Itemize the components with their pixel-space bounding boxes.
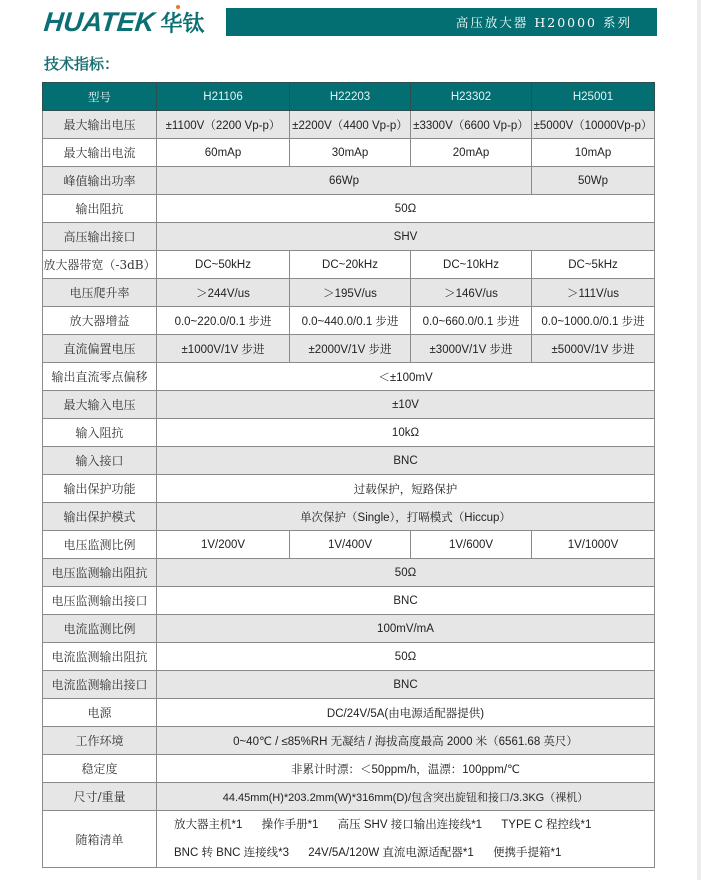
table-row: 输出保护模式 单次保护（Single），打嗝模式（Hiccup） [43,503,655,531]
row-label: 尺寸/重量 [43,783,157,811]
table-row: 放大器带宽（-3dB） DC~50kHz DC~20kHz DC~10kHz D… [43,251,655,279]
header-model: H23302 [411,83,532,111]
cell: DC~10kHz [411,251,532,279]
packing-item: BNC 转 BNC 连接线*3 [174,847,289,859]
packing-line-1: 放大器主机*1 操作手册*1 高压 SHV 接口输出连接线*1 TYPE C 程… [157,811,654,839]
cell: 0.0~220.0/0.1 步进 [157,307,290,335]
cell: ±2200V（4400 Vp-p） [290,111,411,139]
cell: BNC [157,671,655,699]
row-label: 电流监测输出接口 [43,671,157,699]
table-row: 最大输出电流 60mAp 30mAp 20mAp 10mAp [43,139,655,167]
cell: 单次保护（Single），打嗝模式（Hiccup） [157,503,655,531]
cell: ±10V [157,391,655,419]
cell: 非累计时漂：＜50ppm/h，温漂：100ppm/℃ [157,755,655,783]
cell: 1V/600V [411,531,532,559]
cell: ±1000V/1V 步进 [157,335,290,363]
header-model: H21106 [157,83,290,111]
row-label: 输出保护功能 [43,475,157,503]
table-row: 直流偏置电压 ±1000V/1V 步进 ±2000V/1V 步进 ±3000V/… [43,335,655,363]
table-row-packing-list: 随箱清单 放大器主机*1 操作手册*1 高压 SHV 接口输出连接线*1 TYP… [43,811,655,868]
cell: 0.0~660.0/0.1 步进 [411,307,532,335]
brand-logo: HUATEK 华钛 [44,7,205,37]
cell: ±3000V/1V 步进 [411,335,532,363]
row-label: 电压监测输出接口 [43,587,157,615]
table-row: 电流监测输出阻抗 50Ω [43,643,655,671]
cell: 20mAp [411,139,532,167]
row-label: 稳定度 [43,755,157,783]
logo-text-cn: 华钛 [161,7,205,38]
table-row: 输出阻抗 50Ω [43,195,655,223]
packing-item: 放大器主机*1 [174,819,242,831]
row-label: 随箱清单 [43,811,157,868]
table-row: 电源 DC/24V/5A(由电源适配器提供) [43,699,655,727]
packing-item: 操作手册*1 [262,819,319,831]
header-model: H22203 [290,83,411,111]
table-row: 高压输出接口 SHV [43,223,655,251]
cell: ±1100V（2200 Vp-p） [157,111,290,139]
row-label: 电流监测输出阻抗 [43,643,157,671]
cell: DC~5kHz [532,251,655,279]
cell: 1V/200V [157,531,290,559]
row-label: 输入接口 [43,447,157,475]
packing-item: TYPE C 程控线*1 [501,819,591,831]
row-label: 直流偏置电压 [43,335,157,363]
row-label: 最大输入电压 [43,391,157,419]
table-row: 尺寸/重量 44.45mm(H)*203.2mm(W)*316mm(D)/包含突… [43,783,655,811]
cell: 60mAp [157,139,290,167]
cell: 0~40℃ / ≤85%RH 无凝结 / 海拔高度最高 2000 米（6561.… [157,727,655,755]
table-row: 最大输入电压 ±10V [43,391,655,419]
cell: DC/24V/5A(由电源适配器提供) [157,699,655,727]
packing-item: 24V/5A/120W 直流电源适配器*1 [308,847,474,859]
row-label: 输出阻抗 [43,195,157,223]
row-label: 最大输出电压 [43,111,157,139]
table-row: 输入接口 BNC [43,447,655,475]
table-row: 峰值输出功率 66Wp 50Wp [43,167,655,195]
table-header-row: 型号 H21106 H22203 H23302 H25001 [43,83,655,111]
table-row: 放大器增益 0.0~220.0/0.1 步进 0.0~440.0/0.1 步进 … [43,307,655,335]
row-label: 电流监测比例 [43,615,157,643]
row-label: 峰值输出功率 [43,167,157,195]
section-title: 技术指标： [44,53,119,74]
cell: 44.45mm(H)*203.2mm(W)*316mm(D)/包含突出旋钮和接口… [157,783,655,811]
cell: 0.0~440.0/0.1 步进 [290,307,411,335]
cell: ＞111V/us [532,279,655,307]
row-label: 输入阻抗 [43,419,157,447]
cell: 50Ω [157,195,655,223]
table-row: 电压监测输出阻抗 50Ω [43,559,655,587]
header-model: H25001 [532,83,655,111]
cell: 66Wp [157,167,532,195]
cell: ±3300V（6600 Vp-p） [411,111,532,139]
cell: 30mAp [290,139,411,167]
table-row: 电压爬升率 ＞244V/us ＞195V/us ＞146V/us ＞111V/u… [43,279,655,307]
table-row: 电流监测输出接口 BNC [43,671,655,699]
row-label: 高压输出接口 [43,223,157,251]
logo-dot-icon [176,5,180,9]
table-row: 稳定度 非累计时漂：＜50ppm/h，温漂：100ppm/℃ [43,755,655,783]
cell: ±2000V/1V 步进 [290,335,411,363]
table-row: 电压监测比例 1V/200V 1V/400V 1V/600V 1V/1000V [43,531,655,559]
spec-table: 型号 H21106 H22203 H23302 H25001 最大输出电压 ±1… [42,82,655,868]
row-label: 电压监测比例 [43,531,157,559]
cell: DC~20kHz [290,251,411,279]
cell: 1V/1000V [532,531,655,559]
cell: 50Ω [157,559,655,587]
cell: 1V/400V [290,531,411,559]
cell: 10kΩ [157,419,655,447]
cell: 0.0~1000.0/0.1 步进 [532,307,655,335]
table-row: 电流监测比例 100mV/mA [43,615,655,643]
table-row: 输出直流零点偏移 ＜±100mV [43,363,655,391]
table-row: 输出保护功能 过载保护，短路保护 [43,475,655,503]
row-label: 电压爬升率 [43,279,157,307]
cell: 50Ω [157,643,655,671]
cell: SHV [157,223,655,251]
series-banner: 高压放大器 H20000 系列 [226,8,657,36]
table-row: 工作环境 0~40℃ / ≤85%RH 无凝结 / 海拔高度最高 2000 米（… [43,727,655,755]
cell: ±5000V（10000Vp-p） [532,111,655,139]
cell: BNC [157,447,655,475]
row-label: 电压监测输出阻抗 [43,559,157,587]
cell: 过载保护，短路保护 [157,475,655,503]
cell: ＞195V/us [290,279,411,307]
row-label: 工作环境 [43,727,157,755]
row-label: 输出直流零点偏移 [43,363,157,391]
row-label: 放大器增益 [43,307,157,335]
row-label: 最大输出电流 [43,139,157,167]
packing-line-2: BNC 转 BNC 连接线*3 24V/5A/120W 直流电源适配器*1 便携… [157,839,654,867]
cell: DC~50kHz [157,251,290,279]
header-model-label: 型号 [43,83,157,111]
table-row: 电压监测输出接口 BNC [43,587,655,615]
cell: BNC [157,587,655,615]
packing-list-cell: 放大器主机*1 操作手册*1 高压 SHV 接口输出连接线*1 TYPE C 程… [157,811,655,868]
cell: ±5000V/1V 步进 [532,335,655,363]
cell: 50Wp [532,167,655,195]
logo-text-en: HUATEK [42,7,156,38]
table-row: 最大输出电压 ±1100V（2200 Vp-p） ±2200V（4400 Vp-… [43,111,655,139]
cell: ＞244V/us [157,279,290,307]
cell: ＞146V/us [411,279,532,307]
packing-item: 高压 SHV 接口输出连接线*1 [338,819,482,831]
cell: ＜±100mV [157,363,655,391]
table-row: 输入阻抗 10kΩ [43,419,655,447]
row-label: 输出保护模式 [43,503,157,531]
packing-item: 便携手提箱*1 [493,847,561,859]
cell: 10mAp [532,139,655,167]
series-title: 高压放大器 H20000 系列 [456,13,632,31]
row-label: 电源 [43,699,157,727]
cell: 100mV/mA [157,615,655,643]
row-label: 放大器带宽（-3dB） [43,251,157,279]
page-edge [697,0,701,880]
